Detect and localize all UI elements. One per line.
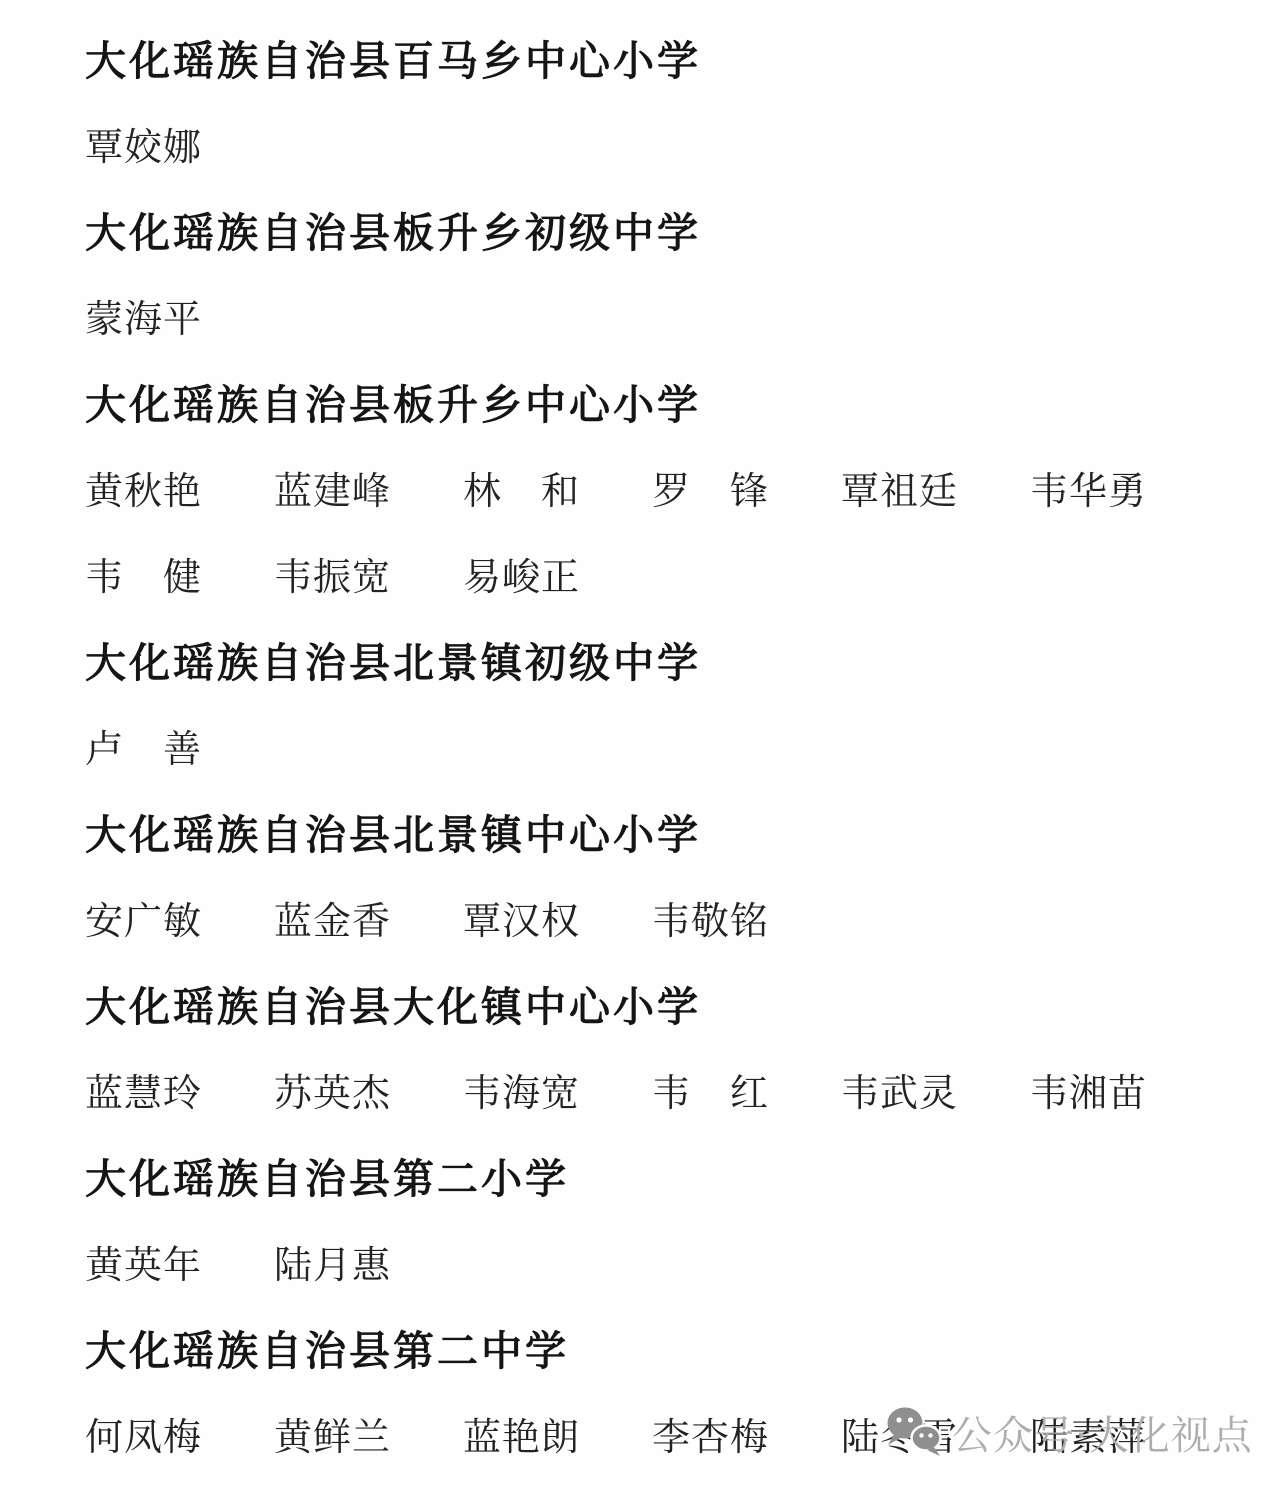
names-row: 黄英年 陆月惠 xyxy=(85,1218,1280,1304)
person-name: 安广敏 xyxy=(85,890,274,945)
person-name: 韦湘苗 xyxy=(1030,1062,1219,1117)
person-name: 苏英杰 xyxy=(274,1062,463,1117)
person-name: 韦敬铭 xyxy=(652,890,841,945)
school-heading: 大化瑶族自治县北景镇中心小学 xyxy=(85,788,1280,874)
scanned-document-page: 大化瑶族自治县百马乡中心小学 覃姣娜 大化瑶族自治县板升乡初级中学 蒙海平 大化… xyxy=(0,0,1280,1487)
names-row: 安广敏 蓝金香 覃汉权 韦敬铭 xyxy=(85,874,1280,960)
person-name: 韦振宽 xyxy=(274,546,463,601)
names-row: 黄秋艳 蓝建峰 林 和 罗 锋 覃祖廷 韦华勇 xyxy=(85,444,1280,530)
person-name: 罗 锋 xyxy=(652,460,841,515)
person-name: 蓝艳朗 xyxy=(463,1406,652,1461)
school-heading: 大化瑶族自治县板升乡初级中学 xyxy=(85,186,1280,272)
person-name: 覃姣娜 xyxy=(85,116,274,171)
school-heading: 大化瑶族自治县第二中学 xyxy=(85,1304,1280,1390)
person-name: 蓝建峰 xyxy=(274,460,463,515)
school-heading: 大化瑶族自治县大化镇中心小学 xyxy=(85,960,1280,1046)
names-row: 覃姣娜 xyxy=(85,100,1280,186)
school-heading: 大化瑶族自治县第二小学 xyxy=(85,1132,1280,1218)
person-name: 覃祖廷 xyxy=(841,460,1030,515)
person-name: 韦武灵 xyxy=(841,1062,1030,1117)
names-row: 韦 健 韦振宽 易峻正 xyxy=(85,530,1280,616)
person-name: 黄鲜兰 xyxy=(274,1406,463,1461)
names-row: 卢 善 xyxy=(85,702,1280,788)
school-heading: 大化瑶族自治县北景镇初级中学 xyxy=(85,616,1280,702)
person-name: 陆素萍 xyxy=(1030,1406,1219,1461)
person-name: 陆月惠 xyxy=(274,1234,463,1289)
person-name: 何凤梅 xyxy=(85,1406,274,1461)
person-name: 陆冬雪 xyxy=(841,1406,1030,1461)
names-row: 蒙海平 xyxy=(85,272,1280,358)
person-name: 蓝金香 xyxy=(274,890,463,945)
school-heading: 大化瑶族自治县百马乡中心小学 xyxy=(85,14,1280,100)
person-name: 卢 善 xyxy=(85,718,274,773)
person-name: 李杏梅 xyxy=(652,1406,841,1461)
person-name: 蓝慧玲 xyxy=(85,1062,274,1117)
names-row: 何凤梅 黄鲜兰 蓝艳朗 李杏梅 陆冬雪 陆素萍 xyxy=(85,1390,1280,1476)
names-row: 蓝慧玲 苏英杰 韦海宽 韦 红 韦武灵 韦湘苗 xyxy=(85,1046,1280,1132)
person-name: 覃汉权 xyxy=(463,890,652,945)
school-heading: 大化瑶族自治县板升乡中心小学 xyxy=(85,358,1280,444)
person-name: 韦华勇 xyxy=(1030,460,1219,515)
person-name: 蒙海平 xyxy=(85,288,274,343)
person-name: 林 和 xyxy=(463,460,652,515)
person-name: 黄英年 xyxy=(85,1234,274,1289)
person-name: 易峻正 xyxy=(463,546,652,601)
person-name: 黄秋艳 xyxy=(85,460,274,515)
person-name: 韦 健 xyxy=(85,546,274,601)
person-name: 韦 红 xyxy=(652,1062,841,1117)
person-name: 韦海宽 xyxy=(463,1062,652,1117)
